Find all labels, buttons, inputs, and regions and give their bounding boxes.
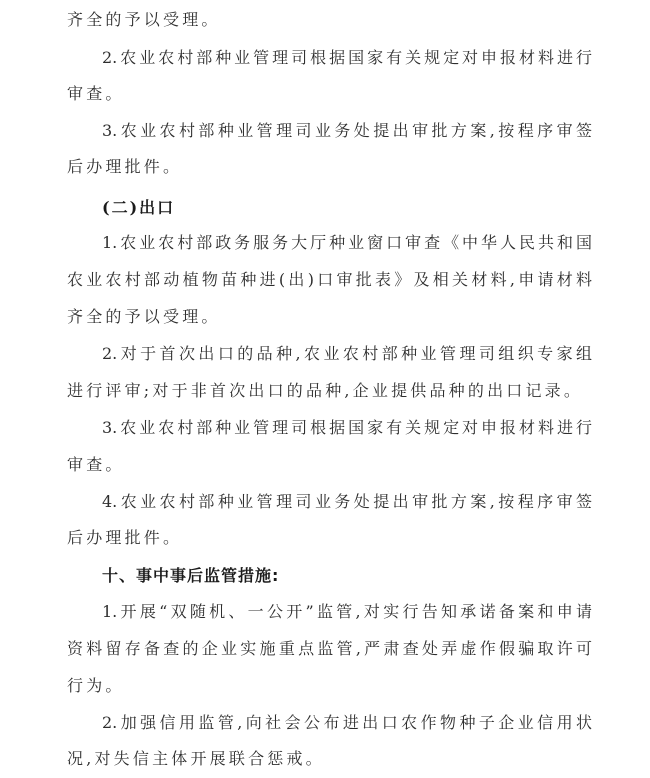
- paragraph-line: 3.农业农村部种业管理司根据国家有关规定对申报材料进行: [102, 418, 592, 438]
- paragraph-line: 1.农业农村部政务服务大厅种业窗口审查《中华人民共和国: [102, 233, 592, 253]
- paragraph-line: 齐全的予以受理。: [67, 307, 592, 327]
- paragraph-line: 后办理批件。: [67, 157, 592, 177]
- paragraph-line: 3.农业农村部种业管理司业务处提出审批方案,按程序审签: [102, 121, 592, 141]
- section-heading-supervision: 十、事中事后监管措施:: [102, 566, 592, 586]
- section-heading-export: (二)出口: [102, 198, 592, 218]
- paragraph-line: 2.对于首次出口的品种,农业农村部种业管理司组织专家组: [102, 344, 592, 364]
- paragraph-line: 况,对失信主体开展联合惩戒。: [67, 749, 592, 769]
- paragraph-line: 审查。: [67, 455, 592, 475]
- paragraph-line: 2.农业农村部种业管理司根据国家有关规定对申报材料进行: [102, 48, 592, 68]
- paragraph-line: 2.加强信用监管,向社会公布进出口农作物种子企业信用状: [102, 713, 592, 733]
- paragraph-line: 农业农村部动植物苗种进(出)口审批表》及相关材料,申请材料: [67, 270, 592, 290]
- paragraph-line: 1.开展“双随机、一公开”监管,对实行告知承诺备案和申请: [102, 602, 592, 622]
- paragraph-line: 齐全的予以受理。: [67, 10, 592, 30]
- paragraph-line: 后办理批件。: [67, 528, 592, 548]
- paragraph-line: 资料留存备查的企业实施重点监管,严肃查处弄虚作假骗取许可: [67, 639, 592, 659]
- paragraph-line: 行为。: [67, 676, 592, 696]
- document-page: 齐全的予以受理。 2.农业农村部种业管理司根据国家有关规定对申报材料进行 审查。…: [0, 0, 650, 778]
- paragraph-line: 进行评审;对于非首次出口的品种,企业提供品种的出口记录。: [67, 381, 592, 401]
- paragraph-line: 4.农业农村部种业管理司业务处提出审批方案,按程序审签: [102, 492, 592, 512]
- paragraph-line: 审查。: [67, 84, 592, 104]
